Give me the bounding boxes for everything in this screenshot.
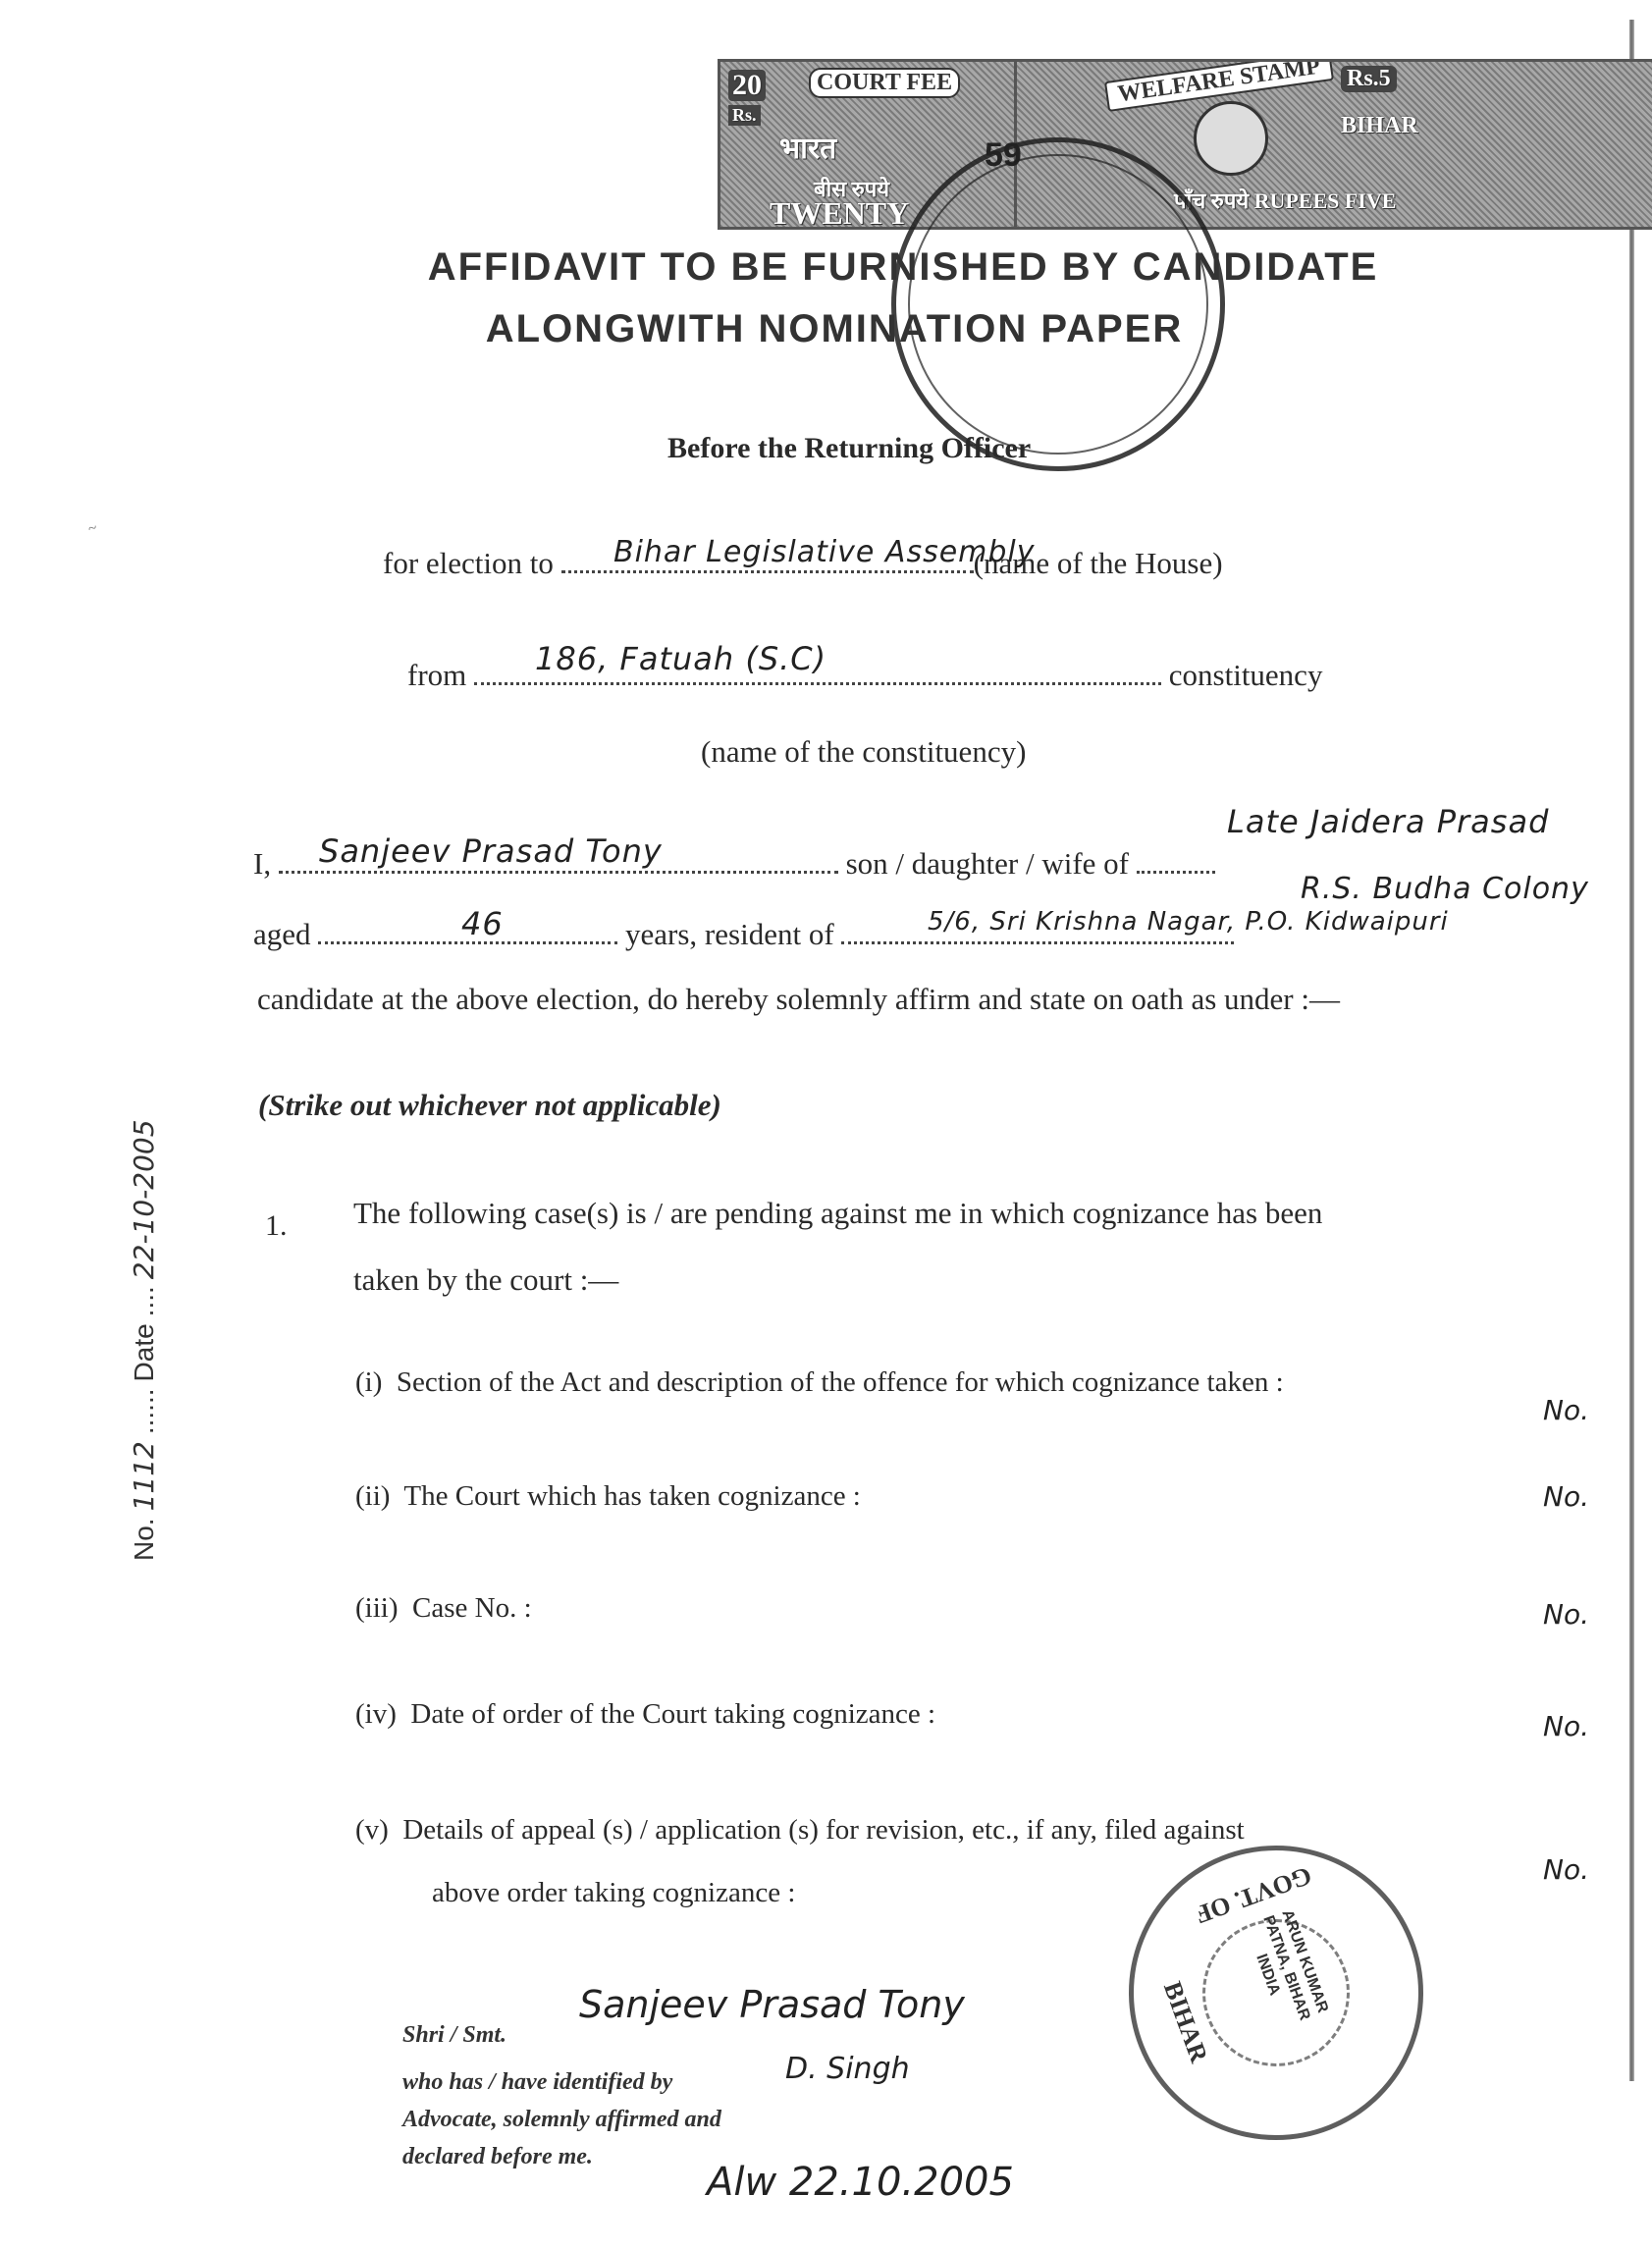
seal-center-line: INDIA [1237,1911,1299,2038]
seal-center-text: ARUN KUMAR PATNA, BIHAR INDIA [1237,1899,1336,2039]
answer-iv: No. [1543,1710,1589,1742]
item-number: (v) [355,1814,389,1846]
from-value: 186, Fatuah (S.C) [535,640,826,677]
no-label: No. [129,1518,159,1561]
cert-line1: Shri / Smt. [402,2022,506,2049]
affidavit-title-line2: ALONGWITH NOMINATION PAPER [294,307,1374,351]
parent-name: Late Jaidera Prasad [1227,803,1549,840]
advocate-signature: D. Singh [785,2052,910,2086]
item-label: Section of the Act and description of th… [397,1366,1284,1398]
answer-ii: No. [1543,1480,1589,1513]
from-field-dots [474,682,1161,685]
address-value: 5/6, Sri Krishna Nagar, P.O. Kidwaipuri [928,907,1449,937]
cert-candidate-signature: Sanjeev Prasad Tony [579,1983,965,2026]
date-label: Date [129,1323,159,1381]
section-text-line2: taken by the court :— [353,1262,618,1298]
election-field-dots [561,570,974,573]
from-suffix: constituency [1169,658,1323,692]
round-seal-bottom: GOVT. OF BIHAR ARUN KUMAR PATNA, BIHAR I… [1129,1846,1423,2140]
item-label: Date of order of the Court taking cogniz… [410,1698,935,1730]
no-value: 1112 [128,1441,160,1511]
margin-registration-note: No. 1112 ...... Date .... 22-10-2005 [128,972,187,1561]
from-prefix: from [407,658,466,692]
item-iii: (iii) Case No. : [355,1592,532,1625]
item-iv: (iv) Date of order of the Court taking c… [355,1698,935,1731]
seal-number: 59 [985,136,1022,175]
welfare-stamp-state: BIHAR [1341,113,1418,139]
strike-note: (Strike out whichever not applicable) [258,1088,721,1123]
court-fee-hindi-top: भारत [779,127,836,167]
election-prefix: for election to [383,546,554,580]
officer-signature: Alw 22.10.2005 [707,2160,1014,2205]
cert-line4: declared before me. [402,2144,593,2170]
answer-v: No. [1543,1853,1589,1886]
cert-line2: who has / have identified by [402,2069,672,2096]
cert-line3: Advocate, solemnly affirmed and [402,2107,721,2133]
ink-smudge: ~ [86,519,99,539]
court-fee-title: COURT FEE [809,68,960,98]
answer-i: No. [1543,1394,1589,1426]
address-field-dots [841,941,1234,944]
constituency-note: (name of the constituency) [701,734,1026,770]
seal-center-line: PATNA, BIHAR [1254,1904,1316,2031]
years-label: years, resident of [625,917,834,951]
seal-center-line: ARUN KUMAR [1273,1899,1335,2025]
section-text-line1: The following case(s) is / are pending a… [353,1196,1322,1231]
welfare-stamp-bottom: पाँच रुपये RUPEES FIVE [1174,186,1396,215]
address-line2: R.S. Budha Colony [1301,872,1589,906]
item-v: (v) Details of appeal (s) / application … [355,1814,1245,1847]
paper-edge [1629,20,1634,2081]
relation-label: son / daughter / wife of [846,846,1129,881]
parent-field-dots [1137,871,1215,874]
item-number: (ii) [355,1480,390,1512]
item-number: (iii) [355,1592,399,1624]
item-number: (iv) [355,1698,397,1730]
section-number: 1. [265,1209,288,1243]
before-returning-officer: Before the Returning Officer [667,432,1031,465]
date-value: 22-10-2005 [128,1119,160,1279]
answer-iii: No. [1543,1598,1589,1631]
item-ii: (ii) The Court which has taken cognizanc… [355,1480,861,1513]
item-label: The Court which has taken cognizance : [403,1480,860,1512]
item-label: Case No. : [412,1592,532,1624]
oath-line: candidate at the above election, do here… [257,982,1340,1017]
item-number: (i) [355,1366,382,1398]
court-fee-currency: Rs. [728,105,761,126]
cert-line1-label: Shri / Smt. [402,2022,506,2048]
item-v-line2: above order taking cognizance : [432,1877,795,1909]
election-value: Bihar Legislative Assembly [613,535,1036,569]
welfare-stamp-denomination: Rs.5 [1341,66,1397,92]
name-field-dots [279,871,838,874]
seal-ring-bottom: BIHAR [1157,1978,1213,2066]
round-seal-top: 59 [891,137,1225,471]
age-value: 46 [461,905,504,942]
bar-council-emblem-icon [1194,101,1268,176]
item-label: Details of appeal (s) / application (s) … [402,1814,1244,1846]
i-prefix: I, [253,846,271,881]
item-i: (i) Section of the Act and description o… [355,1366,1284,1399]
aged-label: aged [253,917,311,951]
affidavit-title-line1: AFFIDAVIT TO BE FURNISHED BY CANDIDATE [285,245,1521,290]
candidate-name: Sanjeev Prasad Tony [319,832,663,870]
court-fee-denomination: 20 [728,70,766,101]
